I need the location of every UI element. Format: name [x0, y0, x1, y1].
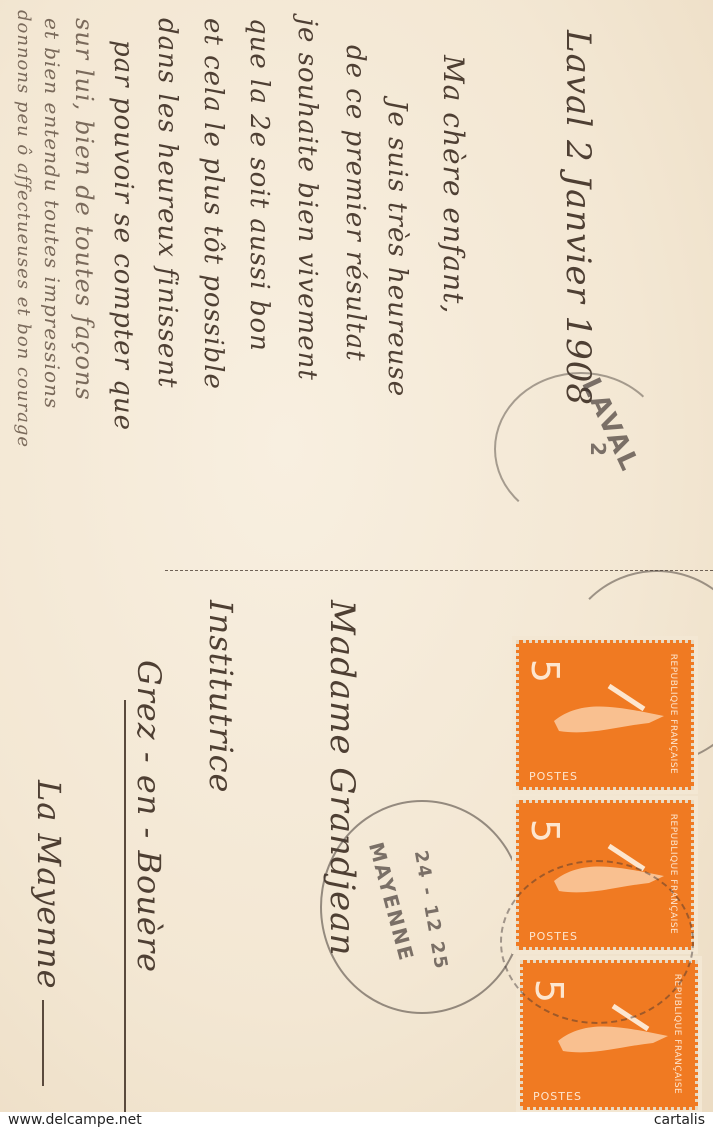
recipient-title: Institutrice [202, 600, 240, 793]
place-date: Laval 2 Janvier 1908 [558, 30, 598, 406]
message-line: par pouvoir se compter que [108, 40, 138, 431]
postmark-on-stamps [500, 860, 694, 1024]
postcard-back: Laval 2 Janvier 1908 Ma chère enfant, Je… [0, 0, 713, 1112]
salutation: Ma chère enfant, [437, 55, 470, 314]
message-line: et bien entendu toutes impressions [40, 18, 64, 409]
address-divider [165, 570, 713, 571]
message-line: je souhaite bien vivement [292, 18, 322, 381]
stamp-label: POSTES [533, 1090, 582, 1103]
recipient-town: Grez - en - Bouère [130, 660, 168, 973]
recipient-department: La Mayenne [30, 780, 68, 990]
message-line: Je suis très heureuse [382, 100, 412, 397]
message-line: de ce premier résultat [340, 45, 370, 362]
stamp-value: 5 [523, 819, 567, 843]
sower-icon [549, 681, 669, 751]
message-line: et cela le plus tôt possible [198, 18, 228, 390]
underline-town [124, 700, 126, 1112]
message-line: que la 2e soit aussi bon [244, 18, 274, 352]
message-line: dans les heureux finissent [152, 18, 182, 388]
message-line: sur lui, bien de toutes façons [70, 18, 98, 401]
stamp-label: POSTES [529, 770, 578, 783]
watermark-seller[interactable]: cartalis [654, 1112, 705, 1128]
postmark-laval-date: 2 [586, 442, 610, 458]
underline-department [42, 1000, 44, 1086]
stamp: 5 POSTES REPUBLIQUE FRANÇAISE [516, 640, 694, 790]
stamp-value: 5 [523, 659, 567, 683]
watermark-site[interactable]: www.delcampe.net [8, 1112, 142, 1128]
watermark-bar: www.delcampe.net cartalis [0, 1112, 713, 1132]
message-line: donnons peu ô affectueuses et bon courag… [13, 10, 34, 448]
stamp-country: REPUBLIQUE FRANÇAISE [668, 644, 678, 784]
